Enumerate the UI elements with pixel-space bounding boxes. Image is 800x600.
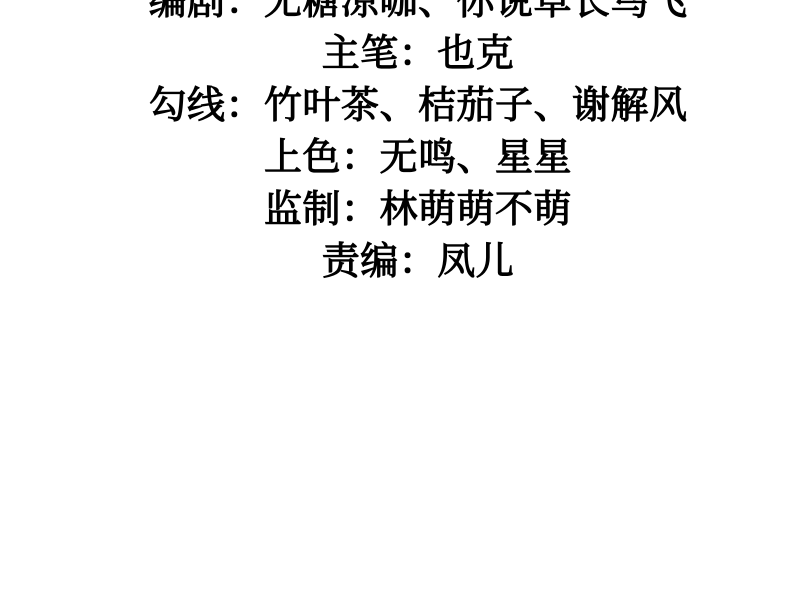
credit-role-label: 勾线： [148,83,264,127]
credit-names-text: 凤儿 [437,239,514,283]
credit-role-label: 监制： [264,187,380,231]
credits-block: 编剧：无糖凉咖、你说草长鸟飞 主笔：也克 勾线：竹叶茶、桔茄子、谢解风 上色：无… [18,0,800,287]
credit-names-text: 无糖凉咖、你说草长鸟飞 [264,0,688,23]
credit-names-text: 竹叶茶、桔茄子、谢解风 [264,83,688,127]
credit-role-label: 主笔： [322,31,438,75]
credit-line-supervisor: 监制：林萌萌不萌 [18,183,800,235]
credit-names-text: 无鸣、星星 [380,135,573,179]
credit-line-editor: 责编：凤儿 [18,235,800,287]
credit-role-label: 责编： [322,239,438,283]
credit-role-label: 上色： [264,135,380,179]
credit-names-text: 林萌萌不萌 [380,187,573,231]
credit-line-lineart: 勾线：竹叶茶、桔茄子、谢解风 [18,79,800,131]
credit-role-label: 编剧： [148,0,264,23]
credit-line-lead-artist: 主笔：也克 [18,27,800,79]
credit-line-coloring: 上色：无鸣、星星 [18,131,800,183]
credit-line-screenwriter: 编剧：无糖凉咖、你说草长鸟飞 [18,0,800,27]
comic-credits-page: 编剧：无糖凉咖、你说草长鸟飞 主笔：也克 勾线：竹叶茶、桔茄子、谢解风 上色：无… [0,0,800,600]
credit-names-text: 也克 [437,31,514,75]
